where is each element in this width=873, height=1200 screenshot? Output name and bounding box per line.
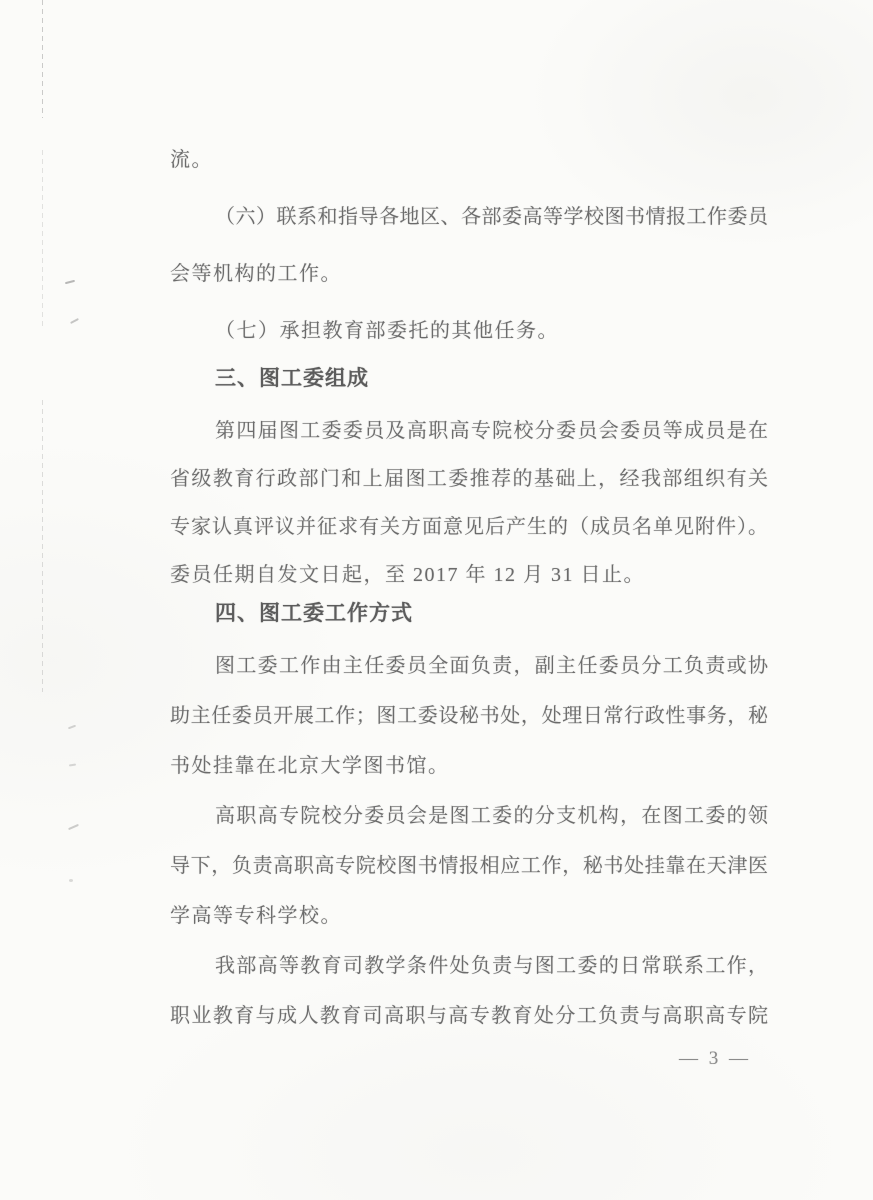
- text-paragraph: （六）联系和指导各地区、各部委高等学校图书情报工作委员会等机构的工作。: [170, 202, 768, 316]
- pencil-mark: [68, 824, 79, 830]
- text-line: 职业教育与成人教育司高职与高专教育处分工负责与高职高专院: [170, 1001, 768, 1051]
- text-line: 第四届图工委委员及高职高专院校分委员会委员等成员是在: [170, 416, 768, 464]
- scan-scratch-line: [42, 0, 43, 118]
- text-paragraph: 高职高专院校分委员会是图工委的分支机构，在图工委的领导下，负责高职高专院校图书情…: [170, 801, 768, 951]
- text-paragraph: 第四届图工委委员及高职高专院校分委员会委员等成员是在省级教育行政部门和上届图工委…: [170, 416, 768, 608]
- text-line: 省级教育行政部门和上届图工委推荐的基础上，经我部组织有关: [170, 464, 768, 512]
- text-paragraph: 图工委工作由主任委员全面负责，副主任委员分工负责或协助主任委员开展工作；图工委设…: [170, 651, 768, 801]
- text-line: 图工委工作由主任委员全面负责，副主任委员分工负责或协: [170, 651, 768, 701]
- text-line: 我部高等教育司教学条件处负责与图工委的日常联系工作，: [170, 951, 768, 1001]
- scanned-document-page: 流。（六）联系和指导各地区、各部委高等学校图书情报工作委员会等机构的工作。（七）…: [0, 0, 873, 1200]
- scan-scratch-line: [42, 400, 43, 692]
- text-line: 四、图工委工作方式: [170, 599, 768, 651]
- text-paragraph: 流。: [170, 145, 768, 202]
- section-heading: 三、图工委组成: [170, 364, 768, 416]
- text-line: 书处挂靠在北京大学图书馆。: [170, 751, 768, 801]
- pencil-mark: [69, 764, 76, 767]
- section-heading: 四、图工委工作方式: [170, 599, 768, 651]
- document-body: 流。（六）联系和指导各地区、各部委高等学校图书情报工作委员会等机构的工作。（七）…: [170, 145, 768, 1051]
- pencil-mark: [70, 318, 79, 324]
- text-line: 高职高专院校分委员会是图工委的分支机构，在图工委的领: [170, 801, 768, 851]
- text-line: （六）联系和指导各地区、各部委高等学校图书情报工作委员: [170, 202, 768, 259]
- pencil-mark: [68, 725, 76, 730]
- scan-scratch-line: [42, 150, 43, 330]
- page-number: — 3 —: [679, 1048, 751, 1070]
- text-line: 导下，负责高职高专院校图书情报相应工作，秘书处挂靠在天津医: [170, 851, 768, 901]
- pencil-mark: [69, 879, 73, 882]
- text-line: 学高等专科学校。: [170, 901, 768, 951]
- text-line: 三、图工委组成: [170, 364, 768, 416]
- text-line: 专家认真评议并征求有关方面意见后产生的（成员名单见附件）。: [170, 512, 768, 560]
- text-paragraph: 我部高等教育司教学条件处负责与图工委的日常联系工作，职业教育与成人教育司高职与高…: [170, 951, 768, 1051]
- text-line: 流。: [170, 145, 768, 202]
- text-line: 助主任委员开展工作；图工委设秘书处，处理日常行政性事务，秘: [170, 701, 768, 751]
- pencil-mark: [65, 280, 75, 284]
- text-line: 会等机构的工作。: [170, 259, 768, 316]
